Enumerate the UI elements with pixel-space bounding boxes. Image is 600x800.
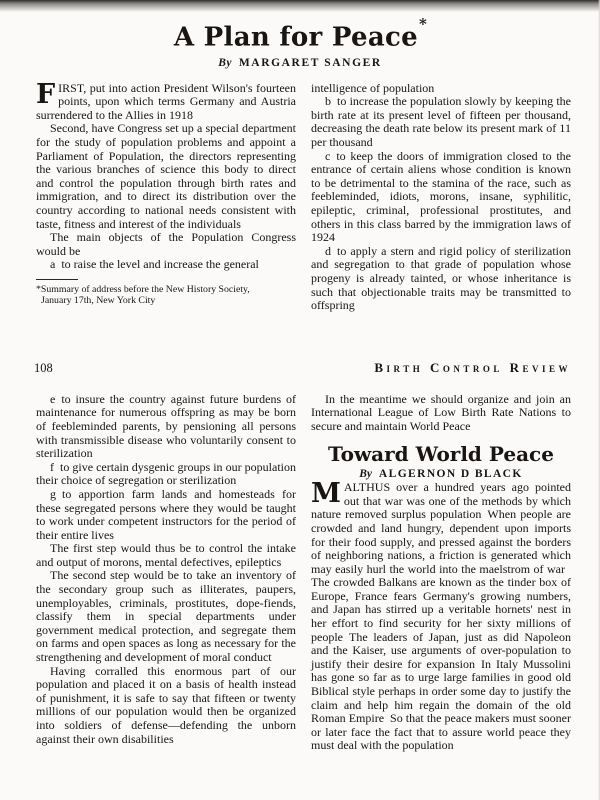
byline-author: ALGERNON D BLACK <box>379 468 523 480</box>
paragraph: Second, have Congress set up a special d… <box>36 122 296 231</box>
footnote-line: January 17th, New York City <box>36 295 296 307</box>
page-header: 108 Birth Control Review <box>0 360 600 376</box>
footnote-rule <box>36 279 78 280</box>
list-item-g: g to apportion farm lands and homesteads… <box>36 488 296 542</box>
list-item-d: d to apply a stern and rigid policy of s… <box>311 245 571 313</box>
article-columns: FIRST, put into action President Wilson'… <box>0 82 600 313</box>
paragraph: MALTHUS over a hundred years ago pointed… <box>311 481 571 753</box>
left-column: FIRST, put into action President Wilson'… <box>36 82 296 313</box>
article-byline: By MARGARET SANGER <box>0 57 600 69</box>
paragraph-text: IRST, put into action President Wilson's… <box>36 81 296 122</box>
paragraph: FIRST, put into action President Wilson'… <box>36 82 296 123</box>
article-title: A Plan for Peace* <box>0 16 600 53</box>
page-108-columns: e to insure the country against future b… <box>0 393 600 753</box>
paragraph: The second step would be to take an inve… <box>36 569 296 664</box>
paragraph: In the meantime we should organize and j… <box>311 393 571 434</box>
list-item-e: e to insure the country against future b… <box>36 393 296 461</box>
paragraph-text: ALTHUS over a hundred years ago pointed … <box>311 480 571 752</box>
footnote: *Summary of address before the New Histo… <box>36 284 296 307</box>
drop-cap: F <box>36 82 58 106</box>
page-number: 108 <box>34 361 53 376</box>
list-item-f: f to give certain dysgenic groups in our… <box>36 461 296 488</box>
article-title-text: A Plan for Peace <box>174 23 418 53</box>
byline-by: By <box>218 57 232 69</box>
paragraph: intelligence of population <box>311 82 571 96</box>
right-column: In the meantime we should organize and j… <box>311 393 571 753</box>
title-footnote-marker: * <box>419 15 427 33</box>
footnote-line: *Summary of address before the New Histo… <box>36 284 296 296</box>
left-column: e to insure the country against future b… <box>36 393 296 753</box>
list-item-a: a to raise the level and increase the ge… <box>36 258 296 272</box>
paragraph: Having corralled this enormous part of o… <box>36 665 296 747</box>
byline-author: MARGARET SANGER <box>239 57 382 69</box>
list-item-b: b to increase the population slowly by k… <box>311 95 571 149</box>
scanned-page: A Plan for Peace* By MARGARET SANGER FIR… <box>0 0 600 753</box>
journal-title: Birth Control Review <box>374 360 571 376</box>
paragraph: The first step would thus be to control … <box>36 542 296 569</box>
list-item-c: c to keep the doors of immigration close… <box>311 150 571 245</box>
paragraph: The main objects of the Population Congr… <box>36 231 296 258</box>
byline-by: By <box>359 468 372 480</box>
drop-cap: M <box>311 481 344 505</box>
right-column: intelligence of population b to increase… <box>311 82 571 313</box>
article-title: Toward World Peace <box>311 441 571 467</box>
